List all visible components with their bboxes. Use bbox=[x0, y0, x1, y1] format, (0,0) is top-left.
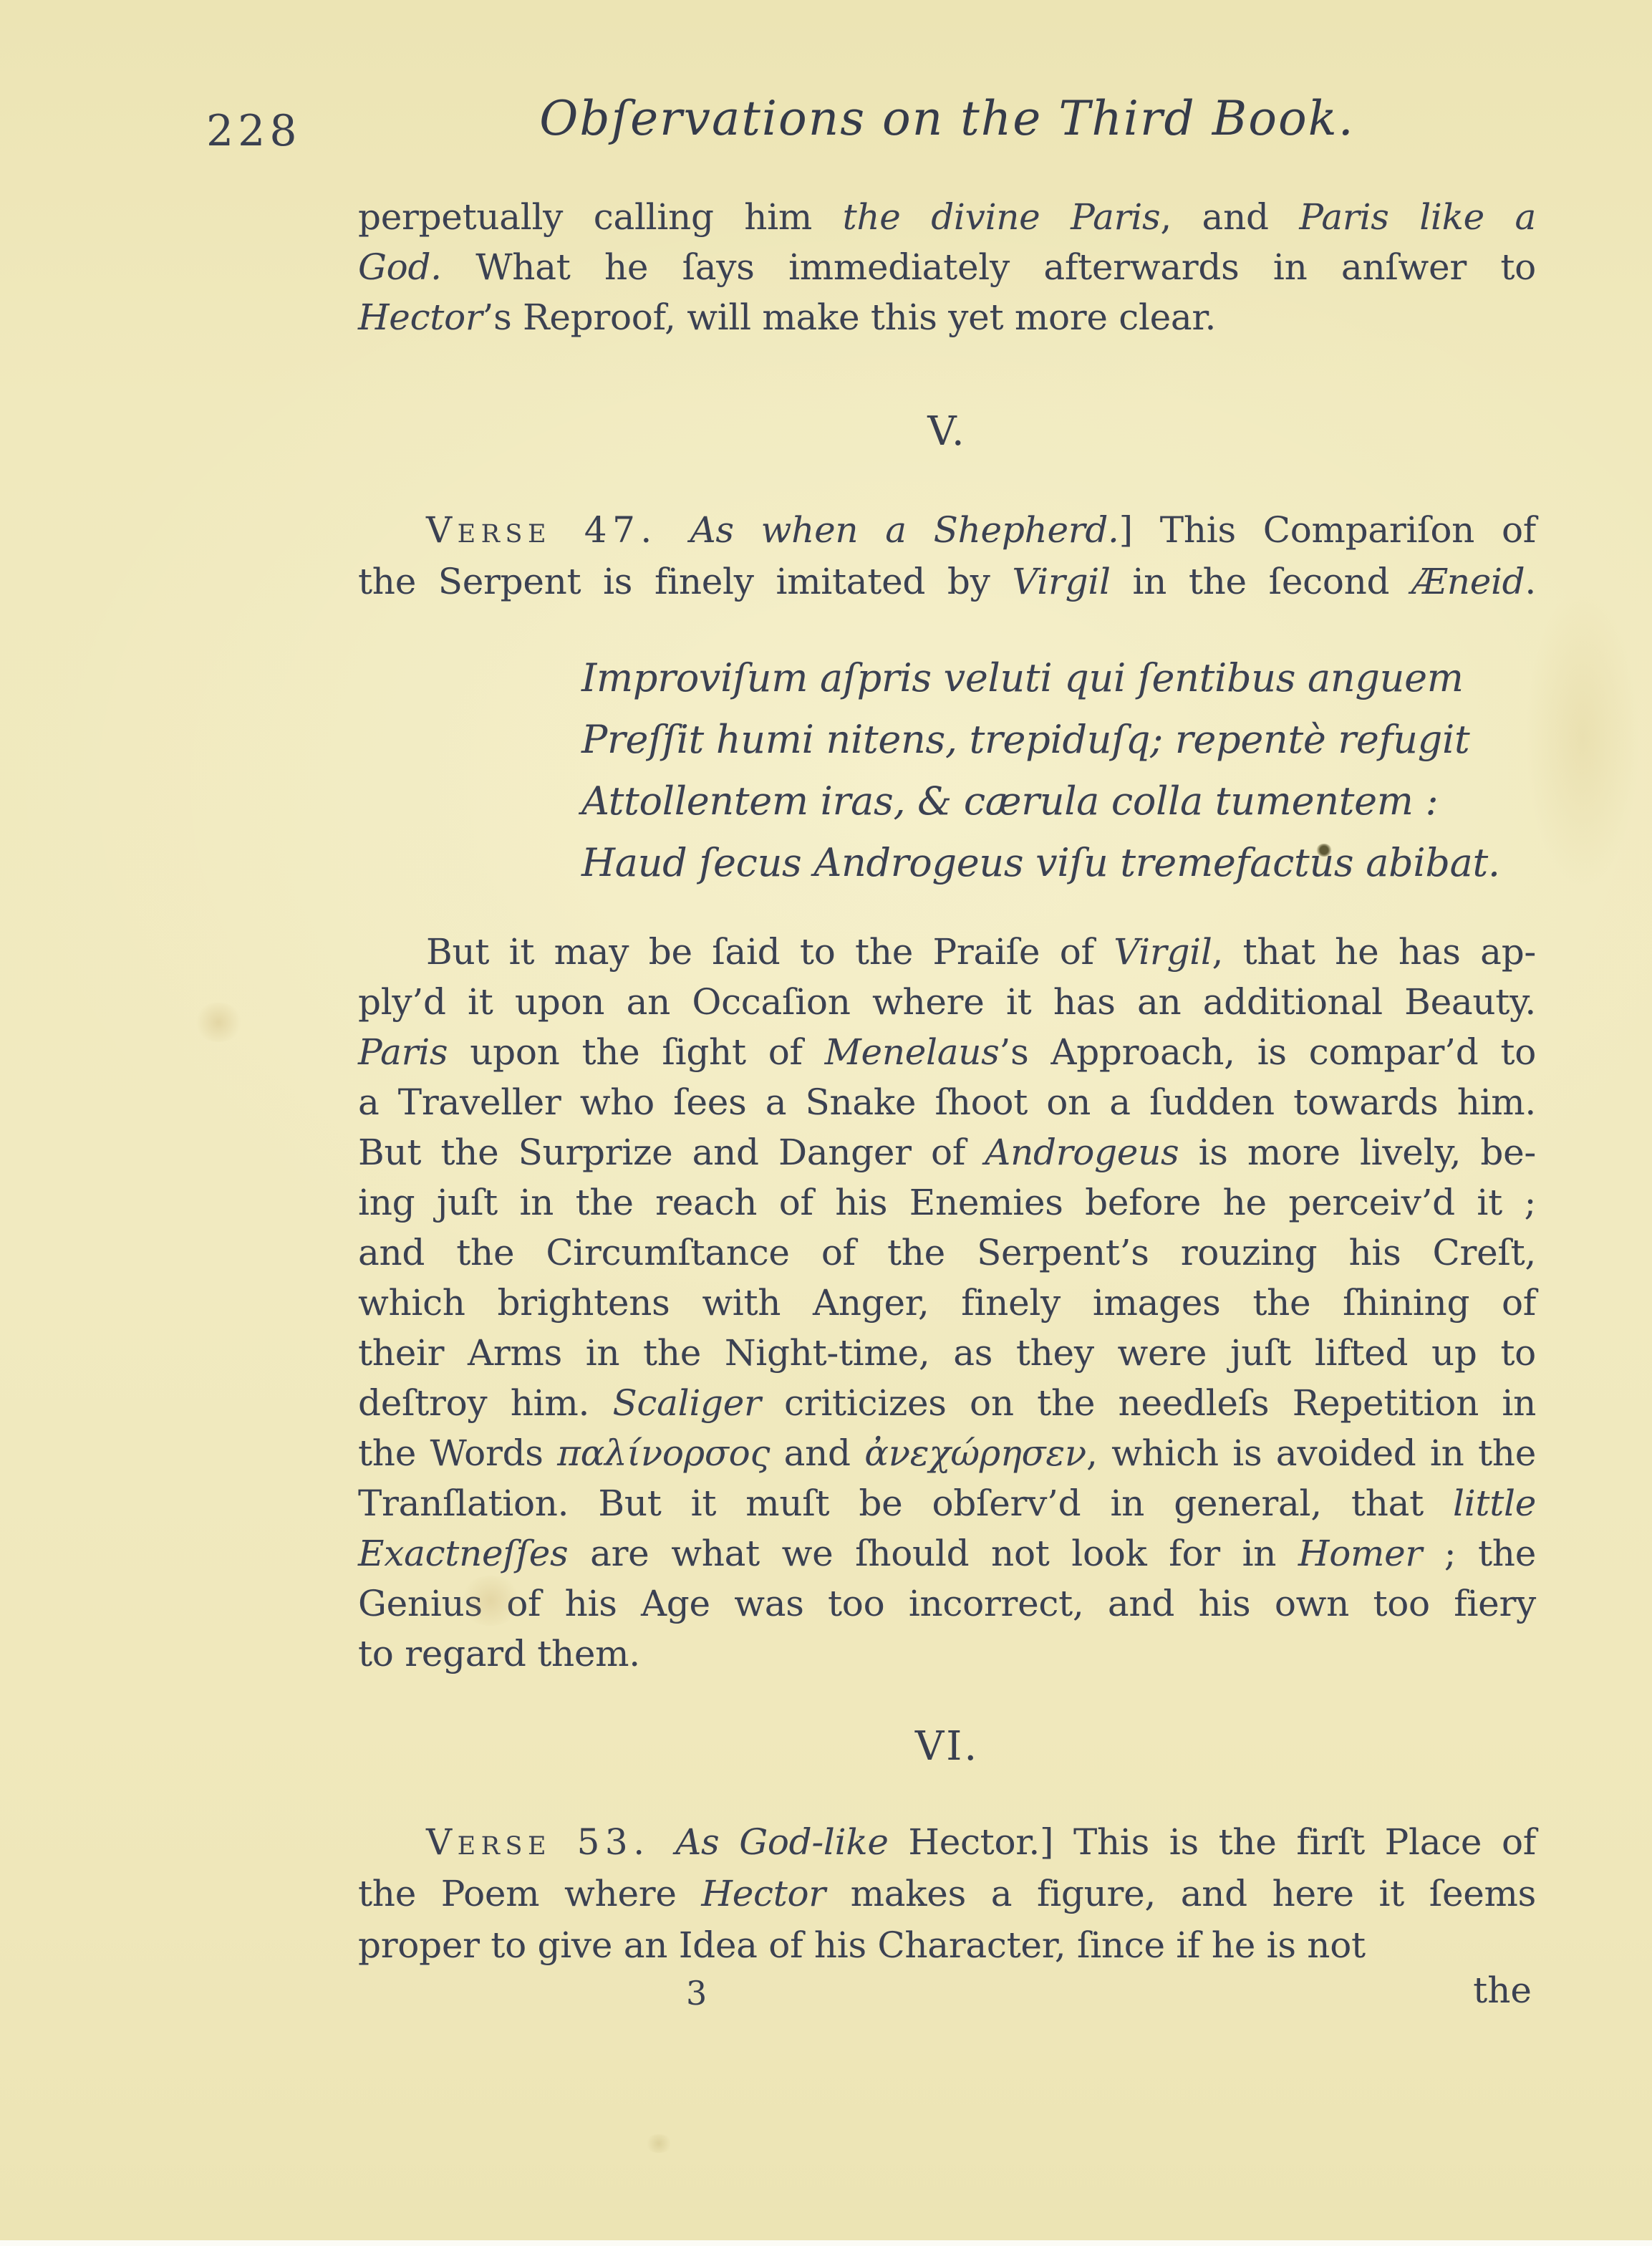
text-line: the Words παλίνορσος and ἀνεχώρησεν, whi… bbox=[358, 1428, 1536, 1478]
greek-text: ἀνεχώρησεν bbox=[864, 1432, 1086, 1474]
italic-text: Homer bbox=[1298, 1533, 1422, 1574]
text-line: Preſſit humi nitens, trepiduſq; repentè … bbox=[581, 709, 1536, 771]
smallcaps-text: Verse 53. bbox=[426, 1821, 675, 1863]
text-line: Verse 53. As God-like Hector.] This is t… bbox=[358, 1816, 1536, 1868]
italic-text: Virgil bbox=[1012, 561, 1110, 602]
text-line: But it may be ſaid to the Praiſe of Virg… bbox=[358, 927, 1536, 977]
roman-text: . bbox=[1525, 561, 1536, 602]
text-line: Paris upon the ſight of Menelaus’s Appro… bbox=[358, 1027, 1536, 1077]
text-line: ing juſt in the reach of his Enemies bef… bbox=[358, 1177, 1536, 1228]
roman-text: ’s Approach, is compar’d to bbox=[1000, 1031, 1537, 1073]
roman-text: the Words bbox=[358, 1432, 557, 1474]
roman-text: ply’d it upon an Occaſion where it has a… bbox=[358, 981, 1536, 1023]
signature-mark: 3 bbox=[686, 1974, 707, 2013]
text-line: Haud ſecus Androgeus viſu tremefactus ab… bbox=[581, 832, 1536, 894]
italic-text: Paris bbox=[358, 1031, 448, 1073]
roman-text: which brightens with Anger, finely image… bbox=[358, 1282, 1536, 1324]
italic-text: Improviſum aſpris veluti qui ſentibus an… bbox=[581, 655, 1464, 700]
footer-row: 3 the bbox=[358, 1974, 1536, 2025]
italic-text: Attollentem iras, & cærula colla tumente… bbox=[581, 779, 1438, 824]
roman-text: , which is avoided in the bbox=[1086, 1432, 1536, 1474]
commentary-paragraph: But it may be ſaid to the Praiſe of Virg… bbox=[358, 927, 1536, 1679]
roman-text: , that he has ap- bbox=[1212, 931, 1536, 973]
text-line: the Serpent is finely imitated by Virgil… bbox=[358, 556, 1536, 607]
roman-text: But the Surprize and Danger of bbox=[358, 1132, 985, 1173]
verse-53-paragraph: Verse 53. As God-like Hector.] This is t… bbox=[358, 1816, 1536, 1971]
intro-paragraph: perpetually calling him the divine Paris… bbox=[358, 192, 1536, 342]
smallcaps-text: Verse 47. bbox=[426, 509, 690, 551]
roman-text: ] This Compariſon of bbox=[1119, 509, 1536, 551]
text-line: and the Circumſtance of the Serpent’s ro… bbox=[358, 1228, 1536, 1278]
roman-text: deſtroy him. bbox=[358, 1382, 612, 1424]
section-heading-v: V. bbox=[358, 404, 1536, 460]
greek-text: παλίνορσος bbox=[557, 1432, 770, 1474]
roman-text: their Arms in the Night-time, as they we… bbox=[358, 1332, 1536, 1374]
scan-edge-strip bbox=[0, 2240, 1652, 2246]
text-line: to regard them. bbox=[358, 1629, 1536, 1679]
text-line: which brightens with Anger, finely image… bbox=[358, 1278, 1536, 1328]
roman-text: a Traveller who ſees a Snake ſhoot on a … bbox=[358, 1081, 1536, 1123]
italic-text: Haud ſecus Androgeus viſu tremefactus ab… bbox=[581, 840, 1500, 885]
text-line: perpetually calling him the divine Paris… bbox=[358, 192, 1536, 242]
text-line: Hector’s Reproof, will make this yet mor… bbox=[358, 292, 1536, 342]
roman-text: and the Circumſtance of the Serpent’s ro… bbox=[358, 1232, 1536, 1273]
section-heading-vi: VI. bbox=[358, 1719, 1536, 1775]
roman-text: What he ſays immediately afterwards in a… bbox=[442, 246, 1536, 288]
roman-text: makes a figure, and here it ſeems bbox=[826, 1873, 1536, 1914]
book-page-scan: 228 Obſervations on the Third Book. perp… bbox=[0, 0, 1652, 2246]
text-line: But the Surprize and Danger of Androgeus… bbox=[358, 1127, 1536, 1177]
italic-text: Scaliger bbox=[612, 1382, 760, 1424]
roman-text: and bbox=[770, 1432, 864, 1474]
italic-text: Hector bbox=[701, 1873, 826, 1914]
paper-stain bbox=[193, 1003, 243, 1042]
roman-text: upon the ſight of bbox=[448, 1031, 824, 1073]
roman-text: ing juſt in the reach of his Enemies bef… bbox=[358, 1182, 1536, 1223]
roman-text: are what we ſhould not look for in bbox=[568, 1533, 1298, 1574]
paper-stain bbox=[1525, 587, 1640, 888]
text-line: Verse 47. As when a Shepherd.] This Comp… bbox=[358, 504, 1536, 556]
italic-text: As God-like bbox=[675, 1821, 908, 1863]
text-line: Genius of his Age was too incorrect, and… bbox=[358, 1579, 1536, 1629]
text-line: ply’d it upon an Occaſion where it has a… bbox=[358, 977, 1536, 1027]
italic-text: little bbox=[1453, 1483, 1536, 1524]
text-line: a Traveller who ſees a Snake ſhoot on a … bbox=[358, 1077, 1536, 1127]
italic-text: Paris like a bbox=[1299, 196, 1536, 238]
text-line: their Arms in the Night-time, as they we… bbox=[358, 1328, 1536, 1378]
text-line: Improviſum aſpris veluti qui ſentibus an… bbox=[581, 647, 1536, 709]
italic-text: Exactneſſes bbox=[358, 1533, 568, 1574]
roman-text: But it may be ſaid to the Praiſe of bbox=[426, 931, 1114, 973]
roman-text: criticizes on the needleſs Repetition in bbox=[761, 1382, 1536, 1424]
text-line: Exactneſſes are what we ſhould not look … bbox=[358, 1528, 1536, 1579]
italic-text: As when a Shepherd. bbox=[690, 509, 1119, 551]
roman-text: the Poem where bbox=[358, 1873, 701, 1914]
roman-text: , and bbox=[1160, 196, 1299, 238]
roman-text: Tranſlation. But it muſt be obſerv’d in … bbox=[358, 1483, 1453, 1524]
text-block: perpetually calling him the divine Paris… bbox=[358, 192, 1536, 2025]
roman-text: to regard them. bbox=[358, 1633, 640, 1674]
roman-text: ’s Reproof, will make this yet more clea… bbox=[483, 297, 1217, 338]
page-number: 228 bbox=[206, 106, 301, 156]
italic-text: Hector bbox=[358, 297, 483, 338]
italic-text: Preſſit humi nitens, trepiduſq; repentè … bbox=[581, 717, 1469, 762]
italic-text: Androgeus bbox=[985, 1132, 1179, 1173]
page-header: 228 Obſervations on the Third Book. bbox=[0, 0, 1652, 152]
text-line: deſtroy him. Scaliger criticizes on the … bbox=[358, 1378, 1536, 1428]
italic-text: Æneid bbox=[1411, 561, 1525, 602]
italic-text: Menelaus bbox=[825, 1031, 1000, 1073]
roman-text: the Serpent is finely imitated by bbox=[358, 561, 1012, 602]
text-line: Tranſlation. But it muſt be obſerv’d in … bbox=[358, 1478, 1536, 1528]
catchword: the bbox=[1473, 1970, 1532, 2011]
text-line: the Poem where Hector makes a figure, an… bbox=[358, 1868, 1536, 1919]
roman-text: Hector.] This is the firſt Place of bbox=[908, 1821, 1536, 1863]
paper-stain bbox=[644, 2134, 673, 2153]
roman-text: ; the bbox=[1422, 1533, 1536, 1574]
roman-text: is more lively, be- bbox=[1179, 1132, 1536, 1173]
roman-text: proper to give an Idea of his Character,… bbox=[358, 1924, 1366, 1966]
roman-text: Genius of his Age was too incorrect, and… bbox=[358, 1583, 1536, 1624]
roman-text: perpetually calling him bbox=[358, 196, 843, 238]
text-line: proper to give an Idea of his Character,… bbox=[358, 1919, 1536, 1971]
italic-text: God. bbox=[358, 246, 442, 288]
text-line: Attollentem iras, & cærula colla tumente… bbox=[581, 771, 1536, 832]
running-title: Obſervations on the Third Book. bbox=[358, 86, 1536, 152]
verse-47-paragraph: Verse 47. As when a Shepherd.] This Comp… bbox=[358, 504, 1536, 607]
text-line: God. What he ſays immediately afterwards… bbox=[358, 242, 1536, 292]
roman-text: in the ſecond bbox=[1111, 561, 1411, 602]
latin-quotation: Improviſum aſpris veluti qui ſentibus an… bbox=[581, 647, 1536, 894]
italic-text: the divine Paris bbox=[843, 196, 1161, 238]
italic-text: Virgil bbox=[1114, 931, 1212, 973]
